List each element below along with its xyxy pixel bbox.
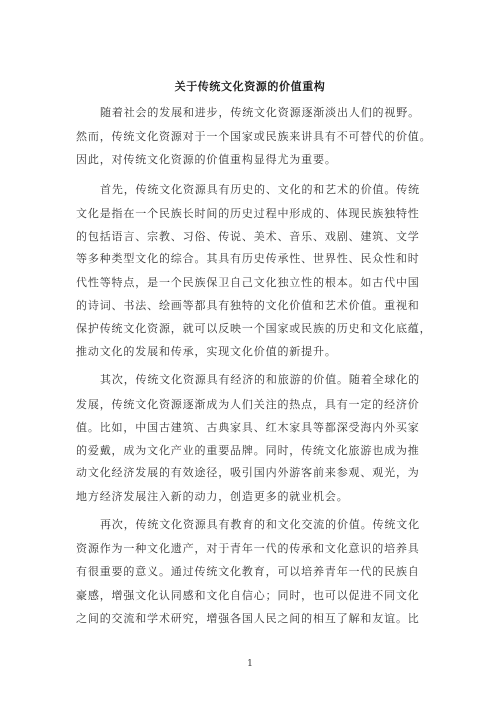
text-line: 然而，传统文化资源对于一个国家或民族来讲具有不可替代的价值。	[76, 130, 432, 144]
document-title: 关于传统文化资源的价值重构	[0, 79, 500, 95]
text-line: 有很重要的意义。通过传统文化教育，可以培养青年一代的民族自	[76, 565, 420, 579]
document-page: 关于传统文化资源的价值重构 随着社会的发展和进步，传统文化资源逐渐淡出人们的视野…	[0, 0, 500, 707]
text-line: 推动文化的发展和传承，实现文化价值的新提升。	[76, 345, 337, 359]
text-line: 代性等特点，是一个民族保卫自己文化独立性的根本。如古代中国	[76, 276, 420, 290]
text-line: 值。比如，中国古建筑、古典家具、红木家具等都深受海内外买家	[76, 421, 420, 435]
text-line: 的包括语言、宗教、习俗、传说、美术、音乐、戏剧、建筑、文学	[76, 230, 420, 244]
text-line: 保护传统文化资源，就可以反映一个国家或民族的历史和文化底蕴，	[76, 322, 432, 336]
text-line: 之间的交流和学术研究，增强各国人民之间的相互了解和友谊。比	[76, 612, 420, 626]
text-line: 的爱戴，成为文化产业的重要品牌。同时，传统文化旅游也成为推	[76, 444, 420, 458]
text-line: 的诗词、书法、绘画等都具有独特的文化价值和艺术价值。重视和	[76, 299, 420, 313]
page-number: 1	[0, 658, 500, 670]
text-line: 因此，对传统文化资源的价值重构显得尤为重要。	[76, 153, 337, 167]
text-line: 文化是指在一个民族长时间的历史过程中形成的、体现民族独特性	[76, 207, 420, 221]
text-line: 发展，传统文化资源逐渐成为人们关注的热点，具有一定的经济价	[76, 398, 420, 412]
text-line: 地方经济发展注入新的动力，创造更多的就业机会。	[76, 490, 349, 504]
text-line: 豪感，增强文化认同感和文化自信心；同时，也可以促进不同文化	[76, 589, 420, 603]
text-line: 其次，传统文化资源具有经济的和旅游的价值。随着全球化的	[100, 373, 420, 387]
text-line: 随着社会的发展和进步，传统文化资源逐渐淡出人们的视野。	[100, 106, 420, 120]
text-line: 等多种类型文化的综合。其具有历史传承性、世界性、民众性和时	[76, 252, 420, 266]
text-line: 资源作为一种文化遗产，对于青年一代的传承和文化意识的培养具	[76, 542, 420, 556]
text-line: 再次，传统文化资源具有教育的和文化交流的价值。传统文化	[100, 518, 420, 532]
text-line: 首先，传统文化资源具有历史的、文化的和艺术的价值。传统	[100, 183, 420, 197]
text-line: 动文化经济发展的有效途径，吸引国内外游客前来参观、观光，为	[76, 466, 420, 480]
